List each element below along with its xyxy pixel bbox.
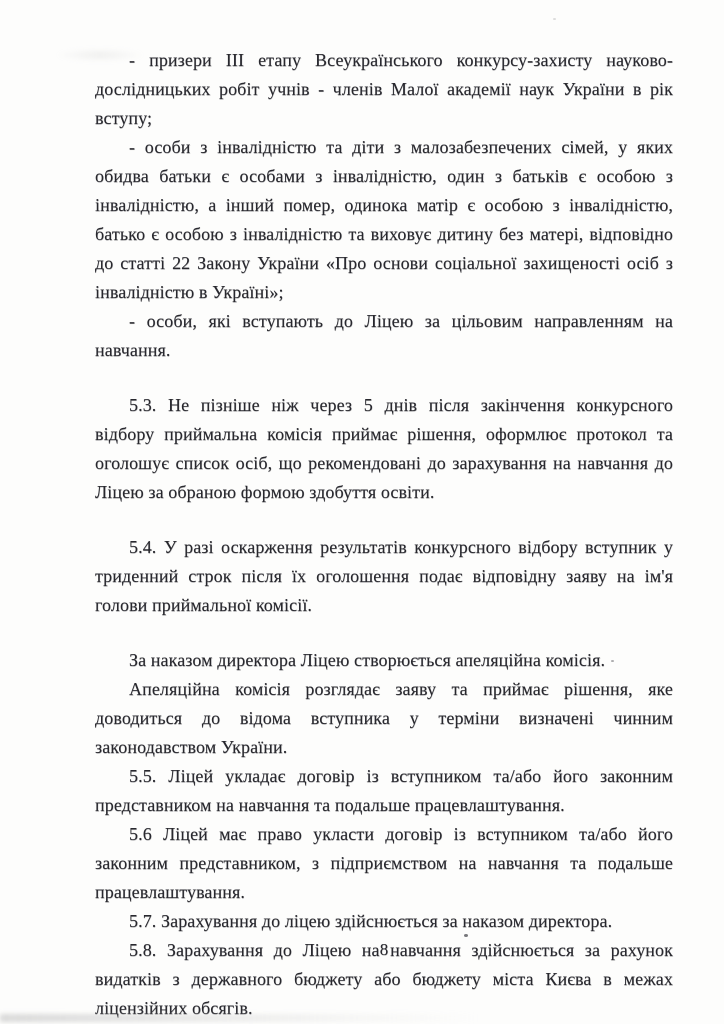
scan-speck	[464, 934, 468, 937]
bullet-prizery-man: - призери ІІІ етапу Всеукраїнського конк…	[95, 46, 673, 133]
scan-edge-shadow	[0, 1014, 480, 1022]
clause-5-7: 5.7. Зарахування до ліцею здійснюється з…	[95, 907, 673, 936]
para-apelyatsiyna-komisiya: Апеляційна комісія розглядає заяву та пр…	[95, 675, 673, 762]
scanned-document-page: - призери ІІІ етапу Всеукраїнського конк…	[0, 0, 724, 1024]
para-nakaz-dyrektora: За наказом директора Ліцею створюється а…	[95, 646, 673, 675]
scan-speck	[553, 18, 556, 20]
clause-5-4: 5.4. У разі оскарження результатів конку…	[95, 533, 673, 620]
bullet-osoby-z-invalidnistyu: - особи з інвалідністю та діти з малозаб…	[95, 133, 673, 307]
page-number: 8	[95, 940, 673, 960]
scan-speck	[611, 660, 614, 662]
document-body: - призери ІІІ етапу Всеукраїнського конк…	[95, 46, 673, 1023]
clause-5-3: 5.3. Не пізніше ніж через 5 днів після з…	[95, 391, 673, 507]
bullet-tsilove-napravlennya: - особи, які вступають до Ліцею за цільо…	[95, 307, 673, 365]
clause-5-6: 5.6 Ліцей має право укласти договір із в…	[95, 820, 673, 907]
clause-5-5: 5.5. Ліцей укладає договір із вступником…	[95, 762, 673, 820]
